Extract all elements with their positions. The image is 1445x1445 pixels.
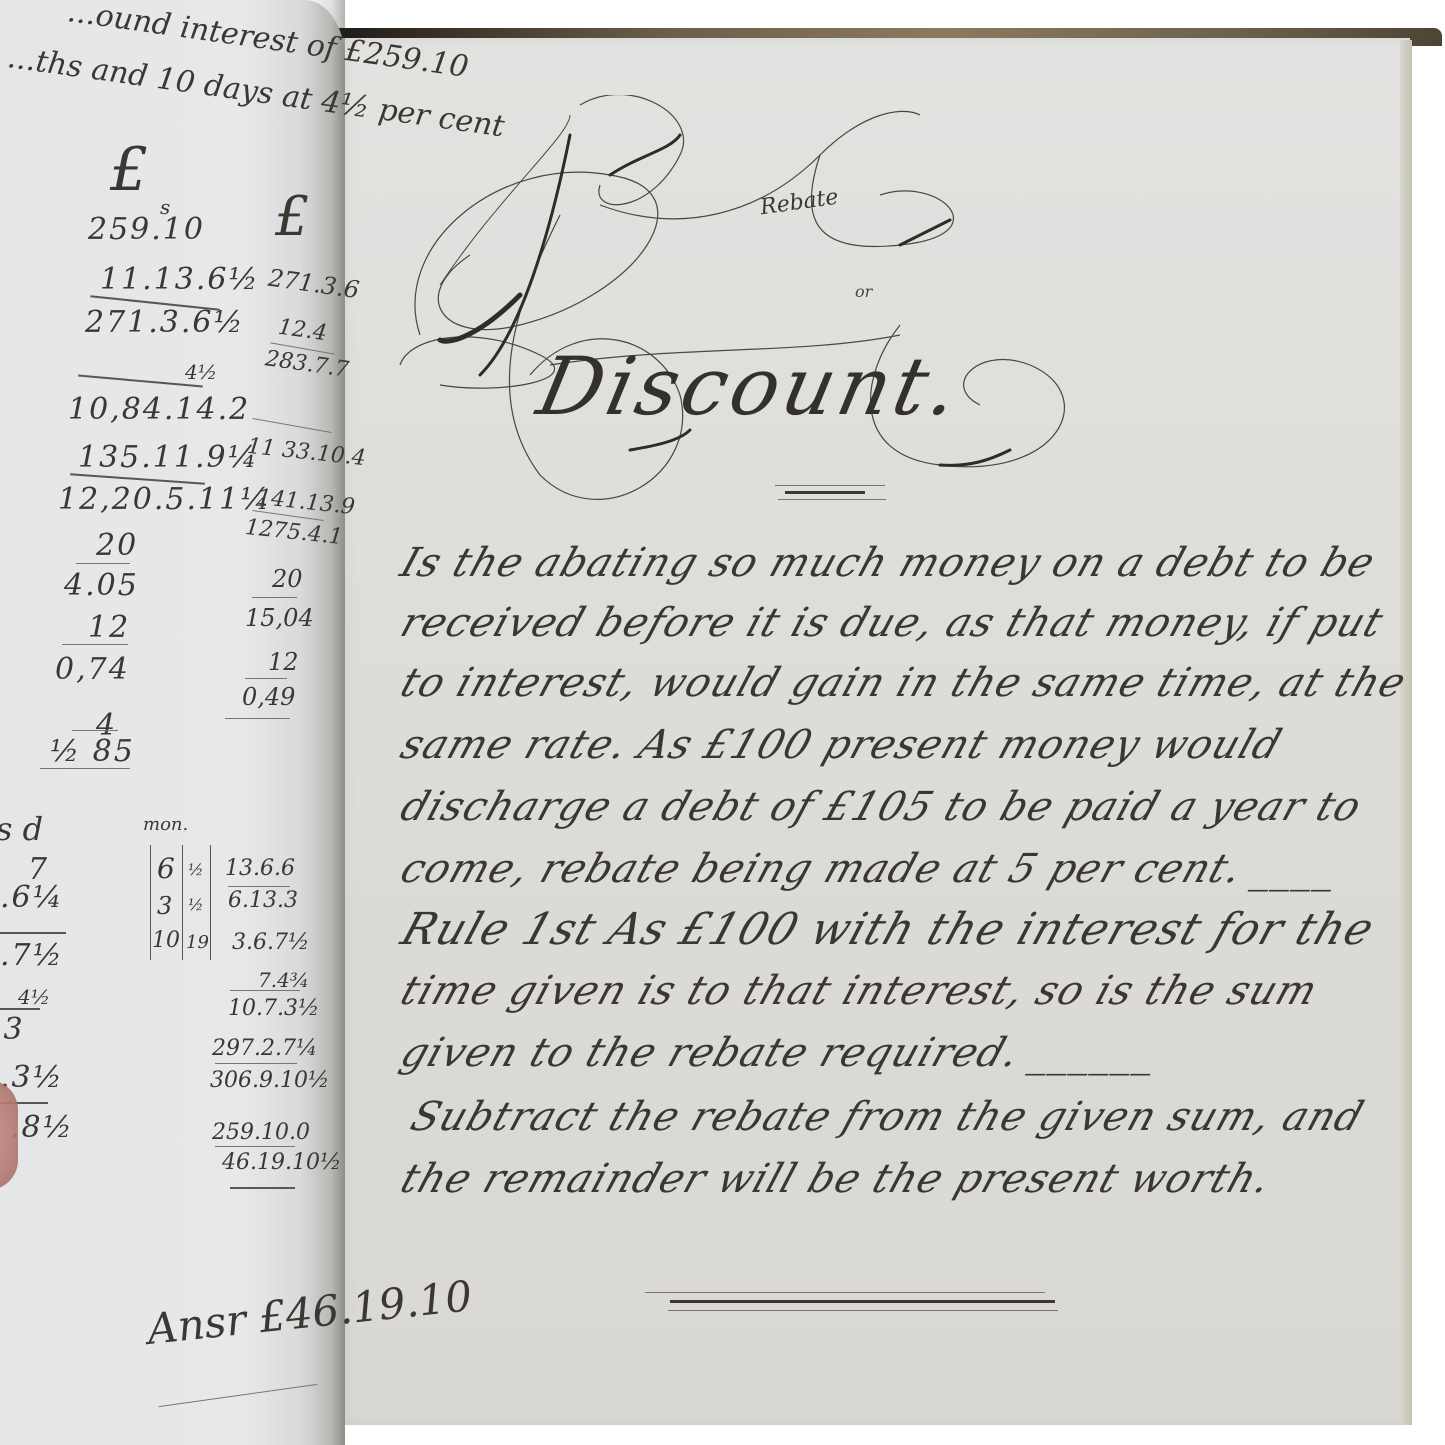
- fraction-cell: 19: [186, 932, 209, 953]
- fragment-line: 4½: [18, 985, 50, 1009]
- pound-sign-b: £: [275, 185, 309, 248]
- title-rule-top: [775, 485, 885, 486]
- col-a-line: 20: [96, 528, 138, 563]
- col-b-line: 12: [268, 648, 299, 676]
- sum-rule: [228, 886, 290, 887]
- amount-cell: 3.6.7½: [232, 930, 309, 955]
- col-a-line: 10,84.14.2: [68, 392, 250, 427]
- body-line-2: received before it is due, as that money…: [395, 600, 1389, 646]
- col-a-line: 4½: [185, 360, 217, 384]
- working-line: 46.19.10½: [222, 1150, 341, 1175]
- right-page-edge: [1400, 40, 1412, 1425]
- amount-cell: 6.13.3: [228, 888, 298, 913]
- end-rule-bottom: [668, 1310, 1058, 1311]
- body-line-3: to interest, would gain in the same time…: [395, 660, 1412, 706]
- fragment-line: .7½: [0, 938, 64, 973]
- fragment-line: .3: [0, 1012, 25, 1047]
- sum-rule: [72, 730, 118, 731]
- col-a-line: 12: [88, 610, 130, 645]
- title-rule-bottom: [778, 499, 886, 500]
- body-line-5: discharge a debt of £105 to be paid a ye…: [395, 784, 1367, 830]
- title-rule-middle: [785, 491, 865, 494]
- sum-rule: [0, 1008, 40, 1010]
- months-label: mon.: [143, 814, 188, 835]
- working-line: 259.10.0: [212, 1120, 310, 1145]
- left-page: ...ound interest of £259.10 ...ths and 1…: [0, 0, 345, 1445]
- col-a-line: 12,20.5.11¼: [58, 482, 271, 517]
- col-a-line: 0,74: [55, 652, 130, 687]
- col-a-line: 259.10: [88, 212, 205, 247]
- body-line-10: Subtract the rebate from the given sum, …: [405, 1094, 1370, 1140]
- thumb-holding-page: [0, 1080, 18, 1190]
- body-line-1: Is the abating so much money on a debt t…: [395, 540, 1381, 586]
- sum-rule: [62, 644, 128, 645]
- body-line-8: time given is to that interest, so is th…: [395, 968, 1324, 1014]
- sum-rule: [230, 990, 300, 991]
- end-rule-top: [645, 1292, 1045, 1293]
- amount-cell: 13.6.6: [225, 856, 295, 881]
- sum-rule: [225, 718, 290, 719]
- working-line: 306.9.10½: [210, 1068, 329, 1093]
- book-photo: ...ound interest of £259.10 ...ths and 1…: [0, 0, 1445, 1445]
- double-rule: [230, 1187, 295, 1189]
- sum-rule: [76, 563, 130, 564]
- body-line-4: same rate. As £100 present money would: [395, 722, 1288, 768]
- fraction-cell: ½: [188, 895, 204, 914]
- months-cell: 3: [157, 892, 172, 920]
- col-a-line: 271.3.6½: [85, 305, 245, 340]
- months-cell: 10: [152, 928, 180, 953]
- sum-rule: [40, 768, 130, 769]
- sum-rule: [215, 1146, 295, 1147]
- col-a-line: ½ 85: [50, 734, 135, 769]
- title-or: or: [855, 282, 872, 301]
- body-line-7-rule: Rule 1st As £100 with the interest for t…: [395, 904, 1381, 955]
- sum-rule: [252, 597, 297, 598]
- months-cell: 6: [157, 852, 175, 885]
- fragment-line: .8½: [10, 1110, 74, 1145]
- working-line: 297.2.7¼: [212, 1036, 317, 1061]
- body-line-9: given to the rebate required. ______: [395, 1030, 1166, 1076]
- col-a-line: 135.11.9¼: [78, 440, 259, 475]
- sum-rule: [215, 1063, 297, 1064]
- table-rule: [150, 845, 151, 960]
- body-line-11: the remainder will be the present worth.: [395, 1156, 1277, 1202]
- body-line-6: come, rebate being made at 5 per cent. _…: [395, 846, 1346, 892]
- pound-sign-a: £: [110, 135, 148, 205]
- col-a-line: 4.05: [64, 568, 139, 603]
- table-rule: [210, 845, 211, 960]
- working-line: 10.7.3½: [228, 996, 319, 1021]
- col-a-line: 11.13.6½: [100, 262, 260, 297]
- sum-rule: [245, 678, 287, 679]
- col-b-line: 12.4: [276, 315, 328, 347]
- col-b-line: 0,49: [242, 683, 295, 711]
- calligraphic-flourish: [380, 95, 1160, 515]
- title-discount: Discount.: [530, 340, 970, 433]
- sum-rule: [0, 932, 66, 934]
- working-line: 7.4¾: [258, 968, 309, 992]
- answer-rule: [159, 1384, 318, 1407]
- fraction-cell: ½: [188, 860, 204, 879]
- fragment-header: s d: [0, 810, 43, 848]
- col-b-line: 15,04: [245, 604, 314, 632]
- fragment-line: .6¼: [0, 880, 64, 915]
- end-rule-middle: [670, 1300, 1055, 1303]
- col-b-line: 20: [272, 565, 303, 593]
- table-rule: [182, 845, 183, 960]
